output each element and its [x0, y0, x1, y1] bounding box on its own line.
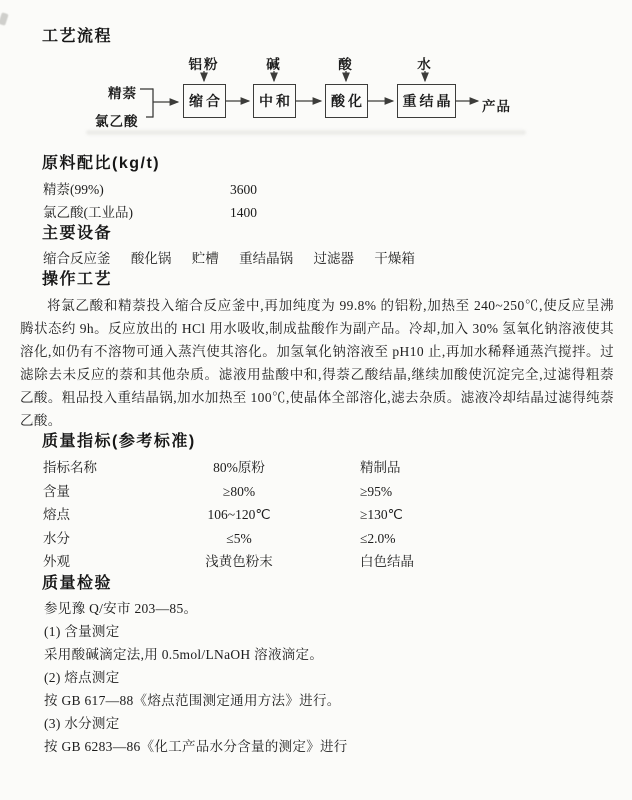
- flow-step-acidification: 酸化: [325, 84, 368, 118]
- quality-cell-refined: ≤2.0%: [305, 527, 632, 551]
- scan-smudge: [86, 130, 526, 135]
- quality-table: 指标名称 80%原粉 精制品 含量 ≥80% ≥95% 熔点 106~120℃ …: [43, 456, 632, 574]
- flow-step-neutralization: 中和: [253, 84, 296, 118]
- inspection-line-item3-method: 按 GB 6283—86《化工产品水分含量的测定》进行: [44, 735, 632, 758]
- quality-header-refined: 精制品: [305, 456, 632, 480]
- ratio-section: 原料配比(kg/t) 精萘(99%) 3600 氯乙酸(工业品) 1400: [0, 154, 632, 224]
- quality-cell-raw: ≤5%: [173, 527, 305, 551]
- quality-row-appearance: 外观 浅黄色粉末 白色结晶: [43, 550, 632, 574]
- quality-cell-raw: 106~120℃: [173, 503, 305, 527]
- quality-row-content: 含量 ≥80% ≥95%: [43, 480, 632, 504]
- inspection-line-item1-method: 采用酸碱滴定法,用 0.5mol/LNaOH 溶液滴定。: [44, 643, 632, 666]
- quality-header-name: 指标名称: [43, 456, 173, 480]
- ratio-value: 3600: [230, 178, 257, 201]
- quality-cell-name: 水分: [43, 527, 173, 551]
- ratio-name: 氯乙酸(工业品): [43, 201, 230, 224]
- equipment-item: 贮槽: [192, 251, 219, 266]
- flow-input-refined-naphthalene: 精萘: [108, 82, 137, 102]
- inspection-lines: 参见豫 Q/安市 203—85。 (1) 含量测定 采用酸碱滴定法,用 0.5m…: [44, 597, 632, 758]
- flow-output-product: 产品: [482, 95, 511, 115]
- equipment-item: 重结晶锅: [239, 251, 293, 266]
- scan-speck: [0, 12, 9, 26]
- section-title-operation: 操作工艺: [42, 270, 632, 290]
- section-title-ratio: 原料配比(kg/t): [42, 154, 632, 174]
- equipment-item: 干燥箱: [374, 251, 415, 266]
- flow-top-input-aluminum-powder: 铝粉: [176, 53, 232, 73]
- equipment-item: 酸化锅: [131, 251, 172, 266]
- inspection-line-item2-method: 按 GB 617—88《熔点范围测定通用方法》进行。: [44, 689, 632, 712]
- equipment-list: 缩合反应釜 酸化锅 贮槽 重结晶锅 过滤器 干燥箱: [43, 247, 632, 270]
- section-title-inspection: 质量检验: [42, 574, 632, 594]
- quality-header-raw: 80%原粉: [173, 456, 305, 480]
- section-title-process-flow: 工艺流程: [42, 27, 632, 47]
- quality-cell-raw: ≥80%: [173, 480, 305, 504]
- ratio-row: 氯乙酸(工业品) 1400: [43, 201, 632, 224]
- quality-header-row: 指标名称 80%原粉 精制品: [43, 456, 632, 480]
- inspection-line-item3-title: (3) 水分测定: [44, 712, 632, 735]
- document-page: 工艺流程 铝粉 碱 酸 水 精萘: [0, 0, 632, 800]
- equipment-item: 过滤器: [314, 251, 355, 266]
- flow-step-recrystallization: 重结晶: [397, 84, 456, 118]
- quality-row-melting-point: 熔点 106~120℃ ≥130℃: [43, 503, 632, 527]
- section-title-equipment: 主要设备: [42, 224, 632, 244]
- equipment-item: 缩合反应釜: [43, 251, 111, 266]
- operation-paragraph: 将氯乙酸和精萘投入缩合反应釜中,再加纯度为 99.8% 的铝粉,加热至 240~…: [20, 294, 614, 432]
- quality-cell-refined: ≥95%: [305, 480, 632, 504]
- section-title-quality: 质量指标(参考标准): [42, 432, 632, 452]
- quality-cell-raw: 浅黄色粉末: [173, 550, 305, 574]
- quality-row-moisture: 水分 ≤5% ≤2.0%: [43, 527, 632, 551]
- inspection-line-item1-title: (1) 含量测定: [44, 620, 632, 643]
- quality-cell-refined: ≥130℃: [305, 503, 632, 527]
- flow-input-chloroacetic-acid: 氯乙酸: [95, 110, 139, 130]
- quality-cell-name: 熔点: [43, 503, 173, 527]
- quality-cell-refined: 白色结晶: [305, 550, 632, 574]
- inspection-line-item2-title: (2) 熔点测定: [44, 666, 632, 689]
- ratio-row: 精萘(99%) 3600: [43, 178, 632, 201]
- inspection-line-standard-ref: 参见豫 Q/安市 203—85。: [44, 597, 632, 620]
- process-flowchart: 铝粉 碱 酸 水 精萘 氯乙酸 缩合 中和 酸化 重结晶 产品: [0, 52, 632, 138]
- ratio-value: 1400: [230, 201, 257, 224]
- flow-top-input-alkali: 碱: [246, 53, 302, 73]
- quality-cell-name: 含量: [43, 480, 173, 504]
- flow-top-input-acid: 酸: [318, 53, 374, 73]
- quality-cell-name: 外观: [43, 550, 173, 574]
- flow-step-condensation: 缩合: [183, 84, 226, 118]
- ratio-name: 精萘(99%): [43, 178, 230, 201]
- flow-top-input-water: 水: [397, 53, 453, 73]
